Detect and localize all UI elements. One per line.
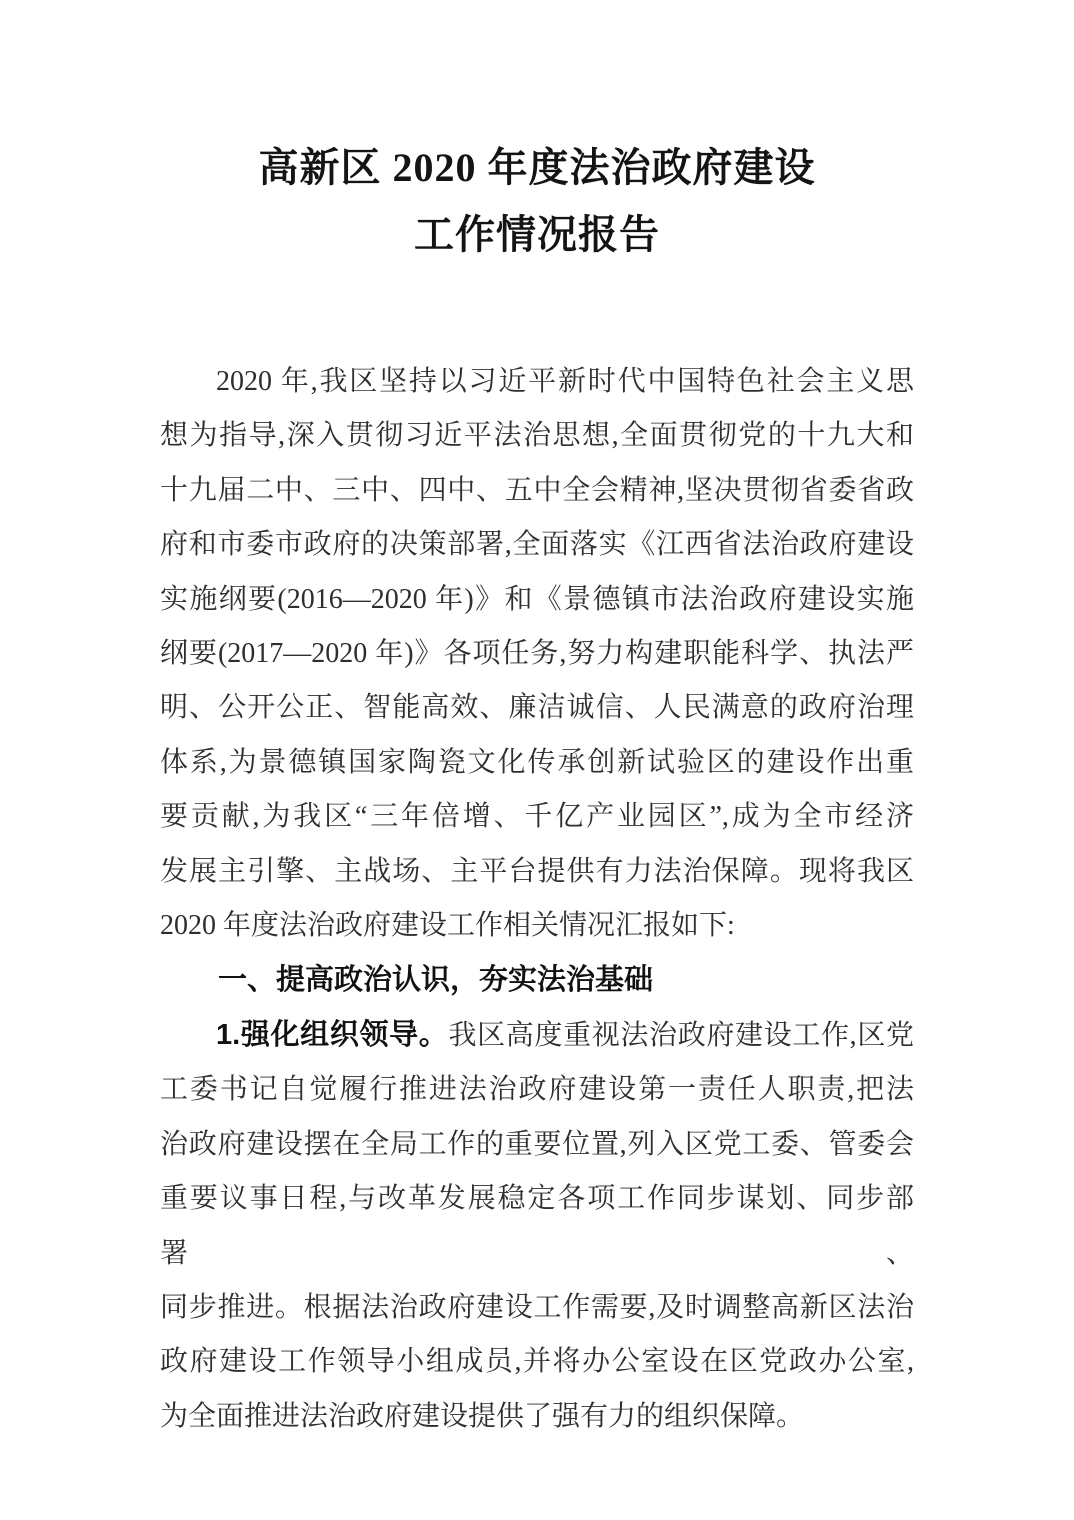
paragraph-line: 十九届二中、三中、四中、五中全会精神,坚决贯彻省委省政: [160, 464, 914, 518]
paragraph-line: 重要议事日程,与改革发展稳定各项工作同步谋划、同步部署、: [160, 1172, 914, 1281]
paragraph-line: 工委书记自觉履行推进法治政府建设第一责任人职责,把法: [160, 1063, 914, 1117]
paragraph-line: 为全面推进法治政府建设提供了强有力的组织保障。: [160, 1390, 914, 1444]
paragraph-line: 想为指导,深入贯彻习近平法治思想,全面贯彻党的十九大和: [160, 409, 914, 463]
paragraph-line: 明、公开公正、智能高效、廉洁诚信、人民满意的政府治理: [160, 681, 914, 735]
section-heading-1: 一、提高政治认识，夯实法治基础: [160, 953, 914, 1007]
paragraph-line: 1.强化组织领导。我区高度重视法治政府建设工作,区党: [160, 1008, 914, 1063]
report-title-line-2: 工作情况报告: [0, 201, 1074, 268]
paragraph-line: 体系,为景德镇国家陶瓷文化传承创新试验区的建设作出重: [160, 736, 914, 790]
paragraph-text: 我区高度重视法治政府建设工作,区党: [448, 1020, 914, 1051]
paragraph-line: 2020 年度法治政府建设工作相关情况汇报如下:: [160, 899, 914, 953]
report-body: 2020 年,我区坚持以习近平新时代中国特色社会主义思 想为指导,深入贯彻习近平…: [160, 355, 914, 1444]
paragraph-line: 要贡献,为我区“三年倍增、千亿产业园区”,成为全市经济: [160, 790, 914, 844]
report-title-line-1: 高新区 2020 年度法治政府建设: [0, 134, 1074, 201]
paragraph-line: 政府建设工作领导小组成员,并将办公室设在区党政办公室,: [160, 1335, 914, 1389]
paragraph-line: 同步推进。根据法治政府建设工作需要,及时调整高新区法治: [160, 1281, 914, 1335]
paragraph-line: 治政府建设摆在全局工作的重要位置,列入区党工委、管委会: [160, 1118, 914, 1172]
run-in-heading-1: 1.强化组织领导。: [216, 1019, 448, 1051]
paragraph-line: 纲要(2017—2020 年)》各项任务,努力构建职能科学、执法严: [160, 627, 914, 681]
document-page: 高新区 2020 年度法治政府建设 工作情况报告 2020 年,我区坚持以习近平…: [0, 0, 1074, 1520]
report-title: 高新区 2020 年度法治政府建设 工作情况报告: [0, 0, 1074, 268]
paragraph-line: 实施纲要(2016—2020 年)》和《景德镇市法治政府建设实施: [160, 573, 914, 627]
paragraph-line: 府和市委市政府的决策部署,全面落实《江西省法治政府建设: [160, 518, 914, 572]
paragraph-line: 2020 年,我区坚持以习近平新时代中国特色社会主义思: [160, 355, 914, 409]
paragraph-line: 发展主引擎、主战场、主平台提供有力法治保障。现将我区: [160, 845, 914, 899]
